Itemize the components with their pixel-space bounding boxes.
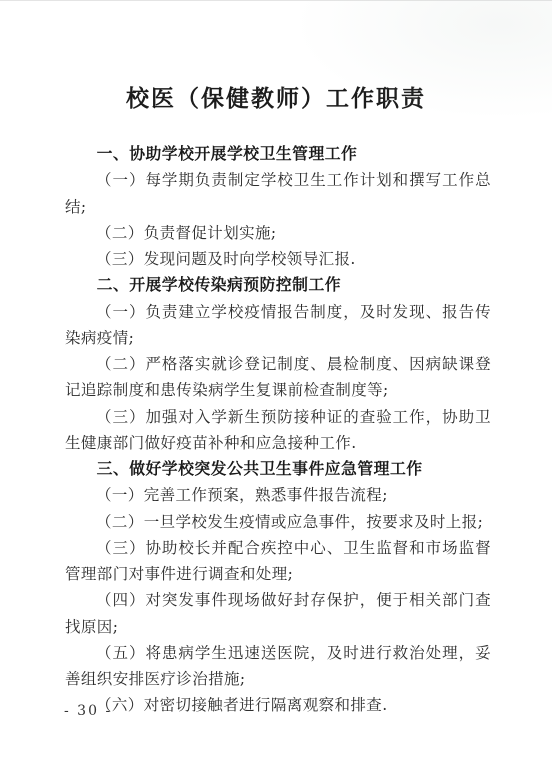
section-3-item-4: （四）对突发事件现场做好封存保护，便于相关部门查找原因; <box>65 587 491 640</box>
section-1-item-2: （二）负责督促计划实施; <box>65 220 491 246</box>
section-3-item-5: （五）将患病学生迅速送医院，及时进行救治处理，妥善组织安排医疗诊治措施; <box>65 640 491 693</box>
document-body: 一、协助学校开展学校卫生管理工作 （一）每学期负责制定学校卫生工作计划和撰写工作… <box>65 141 491 719</box>
page-number: - 30 - <box>64 703 112 719</box>
section-3-item-6: （六）对密切接触者进行隔离观察和排查. <box>65 692 491 718</box>
document-title: 校医（保健教师）工作职责 <box>0 80 552 113</box>
section-3-item-2: （二）一旦学校发生疫情或应急事件，按要求及时上报; <box>65 509 491 535</box>
section-2-item-1: （一）负责建立学校疫情报告制度，及时发现、报告传染病疫情; <box>65 299 491 352</box>
section-3-item-1: （一）完善工作预案，熟悉事件报告流程; <box>65 482 491 508</box>
section-2-item-2: （二）严格落实就诊登记制度、晨检制度、因病缺课登记追踪制度和患传染病学生复课前检… <box>65 351 491 404</box>
section-1-item-1: （一）每学期负责制定学校卫生工作计划和撰写工作总结; <box>65 167 491 220</box>
section-2-heading: 二、开展学校传染病预防控制工作 <box>65 272 491 298</box>
section-1-heading: 一、协助学校开展学校卫生管理工作 <box>65 141 491 167</box>
section-3-item-3: （三）协助校长并配合疾控中心、卫生监督和市场监督管理部门对事件进行调查和处理; <box>65 535 491 588</box>
section-2-item-3: （三）加强对入学新生预防接种证的查验工作，协助卫生健康部门做好疫苗补种和应急接种… <box>65 404 491 457</box>
document-page: 校医（保健教师）工作职责 一、协助学校开展学校卫生管理工作 （一）每学期负责制定… <box>0 0 552 768</box>
section-3-heading: 三、做好学校突发公共卫生事件应急管理工作 <box>65 456 491 482</box>
section-1-item-3: （三）发现问题及时向学校领导汇报. <box>65 246 491 272</box>
